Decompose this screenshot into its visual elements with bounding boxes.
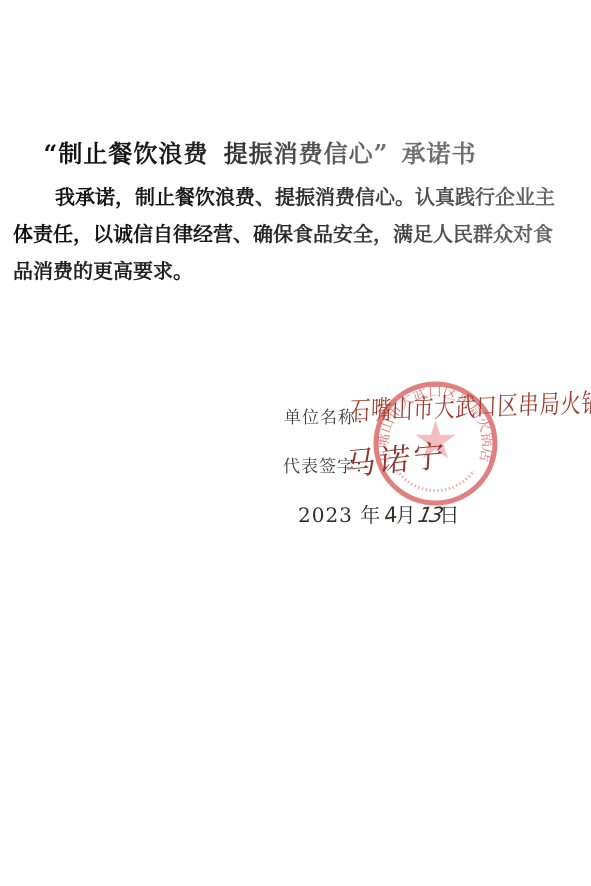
body-paragraph: 我承诺，制止餐饮浪费、提振消费信心。认真践行企业主 体责任，以诚信自律经营、确保… — [13, 179, 579, 290]
body-line-1: 我承诺，制止餐饮浪费、提振消费信心。认真践行企业主 — [13, 179, 579, 216]
scanned-commitment-letter: “制止餐饮浪费 提振消费信心”承诺书 我承诺，制止餐饮浪费、提振消费信心。认真践… — [0, 0, 591, 886]
title-suffix-text: 承诺书 — [401, 139, 476, 168]
date-year-text: 2023 年 — [298, 503, 381, 527]
body-line-3: 品消费的更高要求。 — [13, 253, 579, 290]
title-quoted-text: “制止餐饮浪费 提振消费信心” — [44, 139, 389, 168]
document-title: “制止餐饮浪费 提振消费信心”承诺书 — [28, 140, 492, 169]
body-line-2: 体责任，以诚信自律经营、确保食品安全，满足人民群众对食 — [13, 216, 579, 253]
